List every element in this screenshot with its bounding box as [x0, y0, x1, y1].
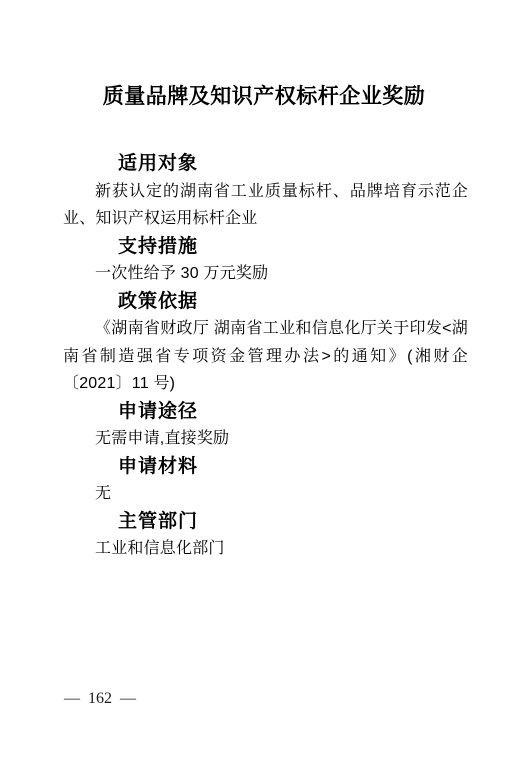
section-application-materials: 申请材料 无	[63, 453, 468, 508]
document-page: 质量品牌及知识产权标杆企业奖励 适用对象 新获认定的湖南省工业质量标杆、品牌培育…	[0, 0, 528, 767]
section-application-channel: 申请途径 无需申请,直接奖励	[63, 398, 468, 453]
section-heading-support-measures: 支持措施	[63, 233, 468, 261]
section-policy-basis: 政策依据 《湖南省财政厅 湖南省工业和信息化厅关于印发<湖南省制造强省专项资金管…	[63, 288, 468, 398]
section-body-policy-basis: 《湖南省财政厅 湖南省工业和信息化厅关于印发<湖南省制造强省专项资金管理办法>的…	[63, 315, 468, 398]
section-body-application-channel: 无需申请,直接奖励	[63, 425, 468, 453]
section-body-applicable-targets: 新获认定的湖南省工业质量标杆、品牌培育示范企业、知识产权运用标杆企业	[63, 178, 468, 233]
section-body-support-measures: 一次性给予 30 万元奖励	[63, 260, 468, 288]
section-heading-policy-basis: 政策依据	[63, 288, 468, 316]
section-heading-applicable-targets: 适用对象	[63, 150, 468, 178]
section-body-application-materials: 无	[63, 480, 468, 508]
section-body-competent-department: 工业和信息化部门	[63, 535, 468, 563]
document-content: 适用对象 新获认定的湖南省工业质量标杆、品牌培育示范企业、知识产权运用标杆企业 …	[63, 150, 468, 563]
section-support-measures: 支持措施 一次性给予 30 万元奖励	[63, 233, 468, 288]
section-applicable-targets: 适用对象 新获认定的湖南省工业质量标杆、品牌培育示范企业、知识产权运用标杆企业	[63, 150, 468, 233]
document-title: 质量品牌及知识产权标杆企业奖励	[0, 0, 528, 110]
section-heading-competent-department: 主管部门	[63, 508, 468, 536]
section-heading-application-channel: 申请途径	[63, 398, 468, 426]
section-heading-application-materials: 申请材料	[63, 453, 468, 481]
section-competent-department: 主管部门 工业和信息化部门	[63, 508, 468, 563]
page-number: — 162 —	[64, 689, 136, 709]
